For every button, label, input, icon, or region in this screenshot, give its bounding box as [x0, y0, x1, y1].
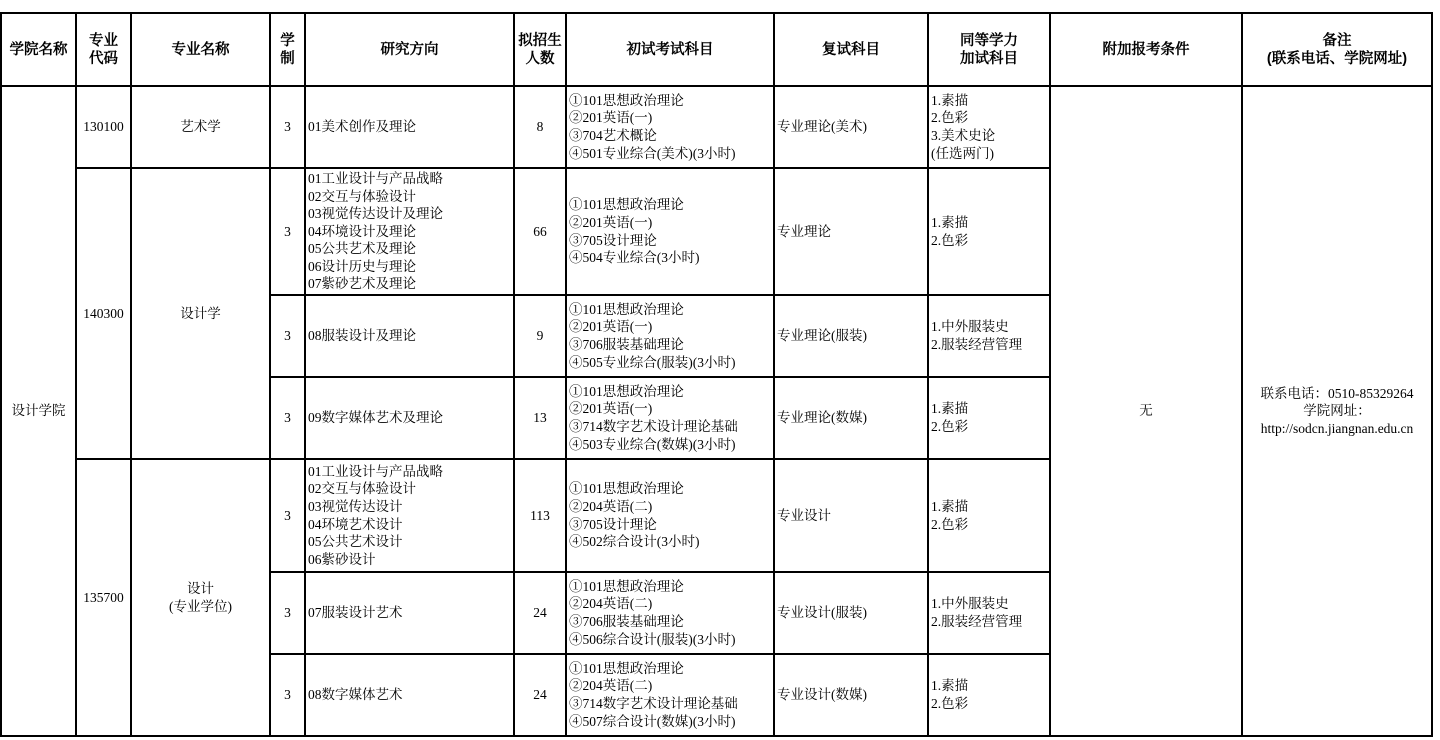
retest-subject: 专业理论	[774, 168, 928, 295]
research-direction-line: 02交互与体验设计	[308, 480, 511, 498]
initial-exam-subjects: ①101思想政治理论②204英语(二)③706服装基础理论④506综合设计(服装…	[566, 572, 774, 654]
initial-exam-subjects: ①101思想政治理论②204英语(二)③705设计理论④502综合设计(3小时)	[566, 459, 774, 572]
initial-exam-subjects-line: ③705设计理论	[569, 232, 771, 250]
header-research-direction: 研究方向	[305, 13, 514, 86]
quota: 8	[514, 86, 566, 168]
retest-subject: 专业设计(服装)	[774, 572, 928, 654]
equivalent-extra-subjects-line: 1.中外服装史	[931, 595, 1047, 613]
research-direction: 08服装设计及理论	[305, 295, 514, 377]
research-direction: 08数字媒体艺术	[305, 654, 514, 736]
research-direction-line: 07紫砂艺术及理论	[308, 275, 511, 293]
equivalent-extra-subjects-line: 3.美术史论	[931, 127, 1047, 145]
major-name-label: 艺术学	[134, 118, 267, 136]
major-name: 艺术学	[131, 86, 270, 168]
initial-exam-subjects-line: ②201英语(一)	[569, 214, 771, 232]
retest-subject: 专业理论(服装)	[774, 295, 928, 377]
header-initial-exam: 初试考试科目	[566, 13, 774, 86]
equivalent-extra-subjects-line: 1.素描	[931, 214, 1047, 232]
header-years: 学制	[270, 13, 305, 86]
major-code: 140300	[76, 168, 131, 459]
research-direction-line: 07服装设计艺术	[308, 604, 511, 622]
equivalent-extra-subjects-line: (任选两门)	[931, 145, 1047, 163]
study-years: 3	[270, 572, 305, 654]
initial-exam-subjects-line: ④505专业综合(服装)(3小时)	[569, 354, 771, 372]
initial-exam-subjects: ①101思想政治理论②204英语(二)③714数字艺术设计理论基础④507综合设…	[566, 654, 774, 736]
initial-exam-subjects-line: ④506综合设计(服装)(3小时)	[569, 631, 771, 649]
equivalent-extra-subjects-line: 1.素描	[931, 92, 1047, 110]
initial-exam-subjects-line: ②201英语(一)	[569, 400, 771, 418]
initial-exam-subjects-line: ④504专业综合(3小时)	[569, 249, 771, 267]
equivalent-extra-subjects-line: 2.色彩	[931, 109, 1047, 127]
initial-exam-subjects: ①101思想政治理论②201英语(一)③714数字艺术设计理论基础④503专业综…	[566, 377, 774, 459]
major-code: 135700	[76, 459, 131, 736]
college-name: 设计学院	[1, 86, 76, 736]
equivalent-extra-subjects-line: 1.素描	[931, 400, 1047, 418]
retest-subject: 专业设计(数媒)	[774, 654, 928, 736]
quota: 13	[514, 377, 566, 459]
research-direction-line: 08服装设计及理论	[308, 327, 511, 345]
research-direction-line: 06设计历史与理论	[308, 258, 511, 276]
header-equivalent-extra: 同等学力加试科目	[928, 13, 1050, 86]
equivalent-extra-subjects-line: 2.色彩	[931, 695, 1047, 713]
initial-exam-subjects-line: ①101思想政治理论	[569, 383, 771, 401]
research-direction: 01工业设计与产品战略02交互与体验设计03视觉传达设计及理论04环境设计及理论…	[305, 168, 514, 295]
initial-exam-subjects-line: ②201英语(一)	[569, 109, 771, 127]
research-direction-line: 03视觉传达设计及理论	[308, 205, 511, 223]
research-direction: 01工业设计与产品战略02交互与体验设计03视觉传达设计04环境艺术设计05公共…	[305, 459, 514, 572]
initial-exam-subjects-line: ④507综合设计(数媒)(3小时)	[569, 713, 771, 731]
quota: 66	[514, 168, 566, 295]
equivalent-extra-subjects-line: 1.素描	[931, 677, 1047, 695]
major-name: 设计学	[131, 168, 270, 459]
retest-subject: 专业理论(数媒)	[774, 377, 928, 459]
initial-exam-subjects-line: ③706服装基础理论	[569, 336, 771, 354]
research-direction-line: 06紫砂设计	[308, 551, 511, 569]
equivalent-extra-subjects: 1.素描2.色彩	[928, 168, 1050, 295]
header-quota: 拟招生人数	[514, 13, 566, 86]
research-direction-line: 05公共艺术设计	[308, 533, 511, 551]
study-years: 3	[270, 459, 305, 572]
initial-exam-subjects-line: ①101思想政治理论	[569, 578, 771, 596]
equivalent-extra-subjects-line: 2.色彩	[931, 516, 1047, 534]
header-major-name: 专业名称	[131, 13, 270, 86]
header-major-code: 专业代码	[76, 13, 131, 86]
study-years: 3	[270, 86, 305, 168]
research-direction-line: 05公共艺术及理论	[308, 240, 511, 258]
research-direction-line: 01工业设计与产品战略	[308, 463, 511, 481]
initial-exam-subjects-line: ②204英语(二)	[569, 498, 771, 516]
equivalent-extra-subjects-line: 1.中外服装史	[931, 318, 1047, 336]
header-row: 学院名称 专业代码 专业名称 学制 研究方向 拟招生人数 初试考试科目 复试科目…	[1, 13, 1432, 86]
initial-exam-subjects-line: ①101思想政治理论	[569, 301, 771, 319]
major-name-sub: (专业学位)	[134, 598, 267, 616]
research-direction-line: 04环境设计及理论	[308, 223, 511, 241]
equivalent-extra-subjects-line: 2.色彩	[931, 418, 1047, 436]
initial-exam-subjects-line: ①101思想政治理论	[569, 480, 771, 498]
research-direction: 01美术创作及理论	[305, 86, 514, 168]
header-additional-conditions: 附加报考条件	[1050, 13, 1242, 86]
initial-exam-subjects-line: ②204英语(二)	[569, 595, 771, 613]
initial-exam-subjects: ①101思想政治理论②201英语(一)③704艺术概论④501专业综合(美术)(…	[566, 86, 774, 168]
retest-subject: 专业设计	[774, 459, 928, 572]
equivalent-extra-subjects: 1.素描2.色彩	[928, 459, 1050, 572]
research-direction-line: 09数字媒体艺术及理论	[308, 409, 511, 427]
major-name-label: 设计学	[134, 305, 267, 323]
equivalent-extra-subjects: 1.素描2.色彩3.美术史论(任选两门)	[928, 86, 1050, 168]
equivalent-extra-subjects: 1.中外服装史2.服装经营管理	[928, 295, 1050, 377]
initial-exam-subjects: ①101思想政治理论②201英语(一)③705设计理论④504专业综合(3小时)	[566, 168, 774, 295]
study-years: 3	[270, 377, 305, 459]
initial-exam-subjects-line: ①101思想政治理论	[569, 196, 771, 214]
table-row: 设计学院130100艺术学301美术创作及理论8①101思想政治理论②201英语…	[1, 86, 1432, 168]
research-direction-line: 01美术创作及理论	[308, 118, 511, 136]
additional-conditions: 无	[1050, 86, 1242, 736]
initial-exam-subjects-line: ①101思想政治理论	[569, 92, 771, 110]
study-years: 3	[270, 295, 305, 377]
equivalent-extra-subjects: 1.中外服装史2.服装经营管理	[928, 572, 1050, 654]
study-years: 3	[270, 168, 305, 295]
header-retest: 复试科目	[774, 13, 928, 86]
initial-exam-subjects-line: ③714数字艺术设计理论基础	[569, 418, 771, 436]
initial-exam-subjects-line: ③704艺术概论	[569, 127, 771, 145]
study-years: 3	[270, 654, 305, 736]
major-code: 130100	[76, 86, 131, 168]
initial-exam-subjects-line: ①101思想政治理论	[569, 660, 771, 678]
research-direction-line: 01工业设计与产品战略	[308, 170, 511, 188]
header-college: 学院名称	[1, 13, 76, 86]
initial-exam-subjects-line: ③705设计理论	[569, 516, 771, 534]
equivalent-extra-subjects: 1.素描2.色彩	[928, 654, 1050, 736]
header-notes: 备注(联系电话、学院网址)	[1242, 13, 1432, 86]
notes: 联系电话：0510-85329264学院网址：http://sodcn.jian…	[1242, 86, 1432, 736]
quota: 9	[514, 295, 566, 377]
research-direction-line: 02交互与体验设计	[308, 188, 511, 206]
initial-exam-subjects-line: ③706服装基础理论	[569, 613, 771, 631]
research-direction-line: 03视觉传达设计	[308, 498, 511, 516]
initial-exam-subjects-line: ③714数字艺术设计理论基础	[569, 695, 771, 713]
research-direction-line: 08数字媒体艺术	[308, 686, 511, 704]
initial-exam-subjects: ①101思想政治理论②201英语(一)③706服装基础理论④505专业综合(服装…	[566, 295, 774, 377]
research-direction: 07服装设计艺术	[305, 572, 514, 654]
retest-subject: 专业理论(美术)	[774, 86, 928, 168]
major-name: 设计(专业学位)	[131, 459, 270, 736]
equivalent-extra-subjects-line: 1.素描	[931, 498, 1047, 516]
research-direction-line: 04环境艺术设计	[308, 516, 511, 534]
quota: 113	[514, 459, 566, 572]
website-url[interactable]: http://sodcn.jiangnan.edu.cn	[1245, 420, 1429, 438]
equivalent-extra-subjects: 1.素描2.色彩	[928, 377, 1050, 459]
initial-exam-subjects-line: ④501专业综合(美术)(3小时)	[569, 145, 771, 163]
initial-exam-subjects-line: ④502综合设计(3小时)	[569, 533, 771, 551]
equivalent-extra-subjects-line: 2.服装经营管理	[931, 336, 1047, 354]
equivalent-extra-subjects-line: 2.服装经营管理	[931, 613, 1047, 631]
research-direction: 09数字媒体艺术及理论	[305, 377, 514, 459]
initial-exam-subjects-line: ②204英语(二)	[569, 677, 771, 695]
equivalent-extra-subjects-line: 2.色彩	[931, 232, 1047, 250]
initial-exam-subjects-line: ④503专业综合(数媒)(3小时)	[569, 436, 771, 454]
initial-exam-subjects-line: ②201英语(一)	[569, 318, 771, 336]
quota: 24	[514, 654, 566, 736]
admissions-table: 学院名称 专业代码 专业名称 学制 研究方向 拟招生人数 初试考试科目 复试科目…	[0, 12, 1433, 737]
website-label: 学院网址：	[1245, 402, 1429, 420]
major-name-label: 设计	[134, 580, 267, 598]
contact-phone: 联系电话：0510-85329264	[1245, 385, 1429, 403]
quota: 24	[514, 572, 566, 654]
